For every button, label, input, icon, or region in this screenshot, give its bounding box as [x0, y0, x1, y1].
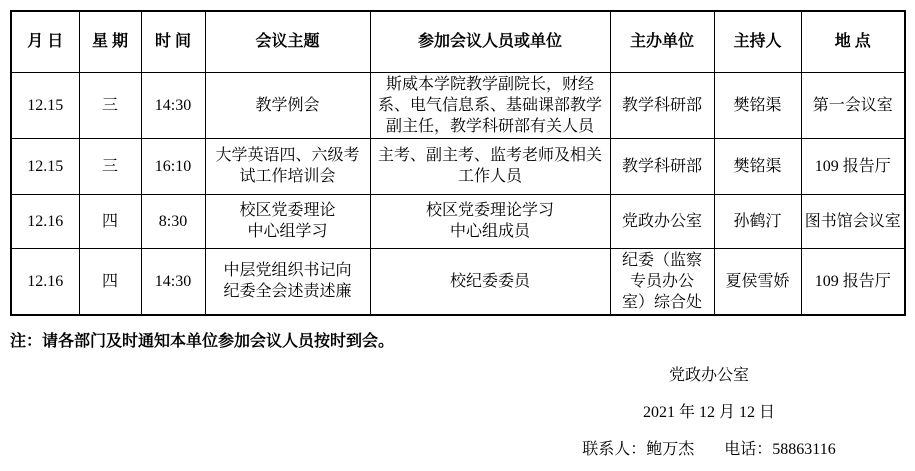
cell-location: 109 报告厅 — [801, 138, 905, 194]
header-organizer: 主办单位 — [610, 11, 714, 72]
cell-host: 孙鹤汀 — [714, 194, 801, 248]
table-row: 12.16 四 14:30 中层党组织书记向 纪委全会述责述廉 校纪委委员 纪委… — [11, 248, 905, 315]
cell-location: 图书馆会议室 — [801, 194, 905, 248]
footer-contact-name: 联系人：鲍万杰 — [582, 441, 694, 458]
meeting-schedule-table: 月 日 星 期 时 间 会议主题 参加会议人员或单位 主办单位 主持人 地 点 … — [10, 10, 906, 316]
cell-topic: 中层党组织书记向 纪委全会述责述廉 — [205, 248, 370, 315]
cell-weekday: 三 — [79, 138, 141, 194]
header-host: 主持人 — [714, 11, 801, 72]
meeting-notice-page: 月 日 星 期 时 间 会议主题 参加会议人员或单位 主办单位 主持人 地 点 … — [0, 0, 915, 471]
footer-contact-line: 联系人：鲍万杰电话：58863116 — [498, 438, 915, 461]
cell-participants: 校纪委委员 — [370, 248, 610, 315]
cell-organizer: 纪委（监察 专员办公 室）综合处 — [610, 248, 714, 315]
cell-location: 第一会议室 — [801, 72, 905, 138]
header-weekday: 星 期 — [79, 11, 141, 72]
footer-phone: 电话：58863116 — [724, 441, 835, 458]
cell-host: 樊铭渠 — [714, 72, 801, 138]
cell-host: 樊铭渠 — [714, 138, 801, 194]
cell-host: 夏侯雪娇 — [714, 248, 801, 315]
cell-time: 14:30 — [141, 72, 205, 138]
cell-date: 12.16 — [11, 194, 79, 248]
cell-participants: 斯威本学院教学副院长，财经 系、电气信息系、基础课部教学 副主任，教学科研部有关… — [370, 72, 610, 138]
cell-organizer: 党政办公室 — [610, 194, 714, 248]
cell-participants: 校区党委理论学习 中心组成员 — [370, 194, 610, 248]
table-row: 12.15 三 16:10 大学英语四、六级考 试工作培训会 主考、副主考、监考… — [11, 138, 905, 194]
cell-topic: 教学例会 — [205, 72, 370, 138]
footer-block: 党政办公室 2021 年 12 月 12 日 联系人：鲍万杰电话：5886311… — [498, 364, 915, 471]
header-topic: 会议主题 — [205, 11, 370, 72]
cell-weekday: 四 — [79, 194, 141, 248]
header-row: 月 日 星 期 时 间 会议主题 参加会议人员或单位 主办单位 主持人 地 点 — [11, 11, 905, 72]
cell-organizer: 教学科研部 — [610, 72, 714, 138]
table-row: 12.16 四 8:30 校区党委理论 中心组学习 校区党委理论学习 中心组成员… — [11, 194, 905, 248]
table-row: 12.15 三 14:30 教学例会 斯威本学院教学副院长，财经 系、电气信息系… — [11, 72, 905, 138]
footer-date: 2021 年 12 月 12 日 — [498, 401, 915, 424]
cell-participants: 主考、副主考、监考老师及相关 工作人员 — [370, 138, 610, 194]
cell-time: 8:30 — [141, 194, 205, 248]
cell-organizer: 教学科研部 — [610, 138, 714, 194]
cell-time: 14:30 — [141, 248, 205, 315]
header-participants: 参加会议人员或单位 — [370, 11, 610, 72]
cell-date: 12.16 — [11, 248, 79, 315]
cell-topic: 大学英语四、六级考 试工作培训会 — [205, 138, 370, 194]
cell-date: 12.15 — [11, 72, 79, 138]
footer-department: 党政办公室 — [498, 364, 915, 387]
header-location: 地 点 — [801, 11, 905, 72]
cell-topic: 校区党委理论 中心组学习 — [205, 194, 370, 248]
cell-date: 12.15 — [11, 138, 79, 194]
header-time: 时 间 — [141, 11, 205, 72]
cell-location: 109 报告厅 — [801, 248, 905, 315]
cell-weekday: 四 — [79, 248, 141, 315]
note-text: 注：请各部门及时通知本单位参加会议人员按时到会。 — [10, 331, 394, 353]
cell-weekday: 三 — [79, 72, 141, 138]
cell-time: 16:10 — [141, 138, 205, 194]
header-month-day: 月 日 — [11, 11, 79, 72]
